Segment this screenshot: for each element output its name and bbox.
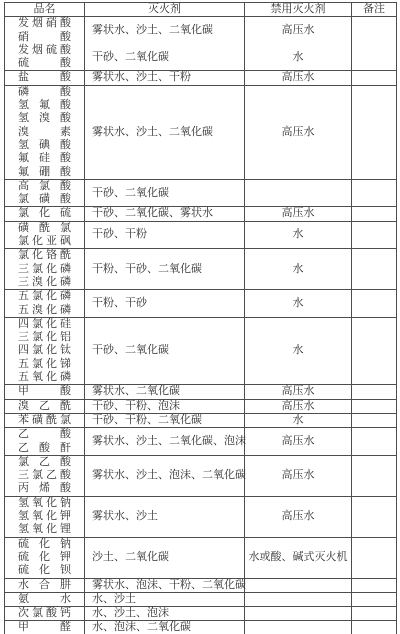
- header-prohibited-extinguisher: 禁用灭火剂: [245, 3, 352, 17]
- extinguisher-cell: 雾状水、沙土、泡沫、二氧化碳: [85, 455, 245, 496]
- product-name-cell: 氯化铬酰三氯化磷三溴化磷: [5, 249, 85, 290]
- prohibited-cell: 高压水: [245, 428, 352, 456]
- product-name: 发烟硫酸: [18, 44, 71, 57]
- product-name: 水合肼: [18, 579, 71, 592]
- product-name: 硫化钠: [18, 538, 71, 551]
- remark-cell: [352, 71, 397, 85]
- table-row: 四氯化硅三氯化铝四氯化钛五氯化锑五氧化磷干砂、二氧化碳水: [5, 317, 397, 385]
- extinguisher-list: 干砂、二氧化碳: [92, 318, 240, 385]
- extinguisher-list: 干砂、二氧化碳: [92, 180, 240, 207]
- prohibited-text: 高压水: [247, 469, 349, 482]
- prohibited-text: 高压水: [247, 71, 349, 84]
- prohibited-cell: [245, 179, 352, 207]
- product-name-cell: 次氯酸钙: [5, 607, 85, 621]
- product-name: 四氯化钛: [18, 344, 71, 357]
- table-row: 氯化铬酰三氯化磷三溴化磷干粉、干砂、二氧化碳水: [5, 249, 397, 290]
- prohibited-cell: 高压水: [245, 399, 352, 413]
- prohibited-cell: 高压水: [245, 207, 352, 221]
- prohibited-text: 水: [247, 51, 349, 64]
- table-row: 氢氧化钠氢氧化钾氢氧化锂雾状水、沙土高压水: [5, 496, 397, 537]
- extinguisher-list: 雾状水、二氧化碳: [92, 385, 240, 398]
- prohibited-cell: 高压水: [245, 85, 352, 179]
- prohibited-list: 水: [247, 222, 349, 249]
- extinguisher-cell: 干砂、干粉、二氧化碳: [85, 413, 245, 427]
- product-name-cell: 苯磺酰氯: [5, 413, 85, 427]
- remark-cell: [352, 17, 397, 71]
- extinguisher-list: 雾状水、沙土、二氧化碳: [92, 86, 240, 179]
- extinguisher-text: 干粉、干砂、二氧化碳: [92, 263, 240, 276]
- extinguisher-text: 雾状水、泡沫、干粉、二氧化碳: [92, 579, 240, 592]
- product-name-cell: 氨水: [5, 592, 85, 606]
- prohibited-cell: 高压水: [245, 496, 352, 537]
- extinguisher-text: 雾状水、沙土: [92, 510, 240, 523]
- extinguisher-list: 雾状水、沙土、二氧化碳、泡沫: [92, 428, 240, 455]
- table-row: 磺酰氯氯化亚砜干砂、干粉水: [5, 221, 397, 249]
- remark-cell: [352, 179, 397, 207]
- prohibited-list: 水: [247, 290, 349, 317]
- remark-cell: [352, 496, 397, 537]
- prohibited-cell: [245, 592, 352, 606]
- prohibited-text: 高压水: [247, 126, 349, 139]
- product-name: 氟硅酸: [18, 152, 71, 165]
- extinguisher-text: 水、沙土、泡沫: [92, 607, 240, 620]
- extinguisher-cell: 雾状水、沙土、二氧化碳干砂、二氧化碳: [85, 17, 245, 71]
- remark-cell: [352, 385, 397, 399]
- extinguisher-text: 干砂、二氧化碳: [92, 187, 240, 200]
- extinguisher-text: 雾状水、沙土、泡沫、二氧化碳: [92, 469, 240, 482]
- extinguisher-cell: 干砂、干粉、泡沫: [85, 399, 245, 413]
- product-name: 氢氧化钠: [18, 497, 71, 510]
- extinguisher-list: 干粉、干砂、二氧化碳: [92, 249, 240, 289]
- product-name-cell: 盐酸: [5, 71, 85, 85]
- extinguisher-cell: 雾状水、沙土: [85, 496, 245, 537]
- product-name: 氯化硫: [18, 207, 71, 220]
- product-name: 发烟硝酸: [18, 17, 71, 30]
- product-name: 盐酸: [18, 71, 71, 84]
- product-name: 氢碘酸: [18, 139, 71, 152]
- extinguisher-text: 干粉、干砂: [92, 297, 240, 310]
- extinguisher-cell: 干砂、二氧化碳、雾状水: [85, 207, 245, 221]
- product-name: 氯化铬酰: [18, 249, 71, 262]
- table-body: 发烟硝酸硝酸发烟硫酸硫酸雾状水、沙土、二氧化碳干砂、二氧化碳高压水水盐酸雾状水、…: [5, 17, 397, 634]
- extinguisher-text: 雾状水、沙土、干粉: [92, 71, 240, 84]
- extinguisher-text: 沙土、二氧化碳: [92, 551, 240, 564]
- product-name: 硫化钡: [18, 564, 71, 577]
- prohibited-text: 高压水: [247, 435, 349, 448]
- prohibited-text: 高压水: [247, 24, 349, 37]
- table-row: 五氯化磷五溴化磷干粉、干砂水: [5, 290, 397, 318]
- extinguisher-list: 干砂、二氧化碳、雾状水: [92, 207, 240, 220]
- product-name-cell: 高氯酸氯磺酸: [5, 179, 85, 207]
- extinguisher-list: 水、沙土: [92, 593, 240, 606]
- product-name: 次氯酸钙: [18, 607, 71, 620]
- extinguisher-text: 雾状水、二氧化碳: [92, 385, 240, 398]
- product-name: 三氯乙酸: [18, 469, 71, 482]
- prohibited-cell: 高压水: [245, 71, 352, 85]
- prohibited-list: 水: [247, 318, 349, 385]
- extinguisher-list: 水、沙土、泡沫: [92, 607, 240, 620]
- product-name: 磺酰氯: [18, 222, 71, 235]
- extinguisher-cell: 干砂、干粉: [85, 221, 245, 249]
- table-row: 甲酸雾状水、二氧化碳高压水: [5, 385, 397, 399]
- prohibited-cell: [245, 578, 352, 592]
- prohibited-cell: 水或酸、碱式灭火机: [245, 537, 352, 578]
- table-row: 发烟硝酸硝酸发烟硫酸硫酸雾状水、沙土、二氧化碳干砂、二氧化碳高压水水: [5, 17, 397, 71]
- fire-extinguisher-table: 品名 灭火剂 禁用灭火剂 备注 发烟硝酸硝酸发烟硫酸硫酸雾状水、沙土、二氧化碳干…: [4, 2, 397, 634]
- extinguisher-list: 干砂、干粉: [92, 222, 240, 249]
- product-name: 五氯化锑: [18, 358, 71, 371]
- table-row: 次氯酸钙水、沙土、泡沫: [5, 607, 397, 621]
- extinguisher-cell: 雾状水、二氧化碳: [85, 385, 245, 399]
- header-remark: 备注: [352, 3, 397, 17]
- prohibited-list: 高压水: [247, 497, 349, 537]
- product-name-cell: 氯化硫: [5, 207, 85, 221]
- prohibited-cell: [245, 607, 352, 621]
- remark-cell: [352, 621, 397, 634]
- product-name: 三氯化铝: [18, 331, 71, 344]
- remark-cell: [352, 249, 397, 290]
- remark-cell: [352, 221, 397, 249]
- product-name: 五氯化磷: [18, 290, 71, 303]
- product-name: 氢氧化锂: [18, 523, 71, 536]
- header-product-name: 品名: [5, 3, 85, 17]
- product-name: 三溴化磷: [18, 276, 71, 289]
- product-name: 氨水: [18, 593, 71, 606]
- table-header: 品名 灭火剂 禁用灭火剂 备注: [5, 3, 397, 17]
- table-row: 乙酸乙酸酐雾状水、沙土、二氧化碳、泡沫高压水: [5, 428, 397, 456]
- prohibited-list: 高压水: [247, 207, 349, 220]
- product-name: 丙烯酸: [18, 482, 71, 495]
- extinguisher-text: 干砂、干粉、二氧化碳: [92, 414, 240, 427]
- extinguisher-cell: 干粉、干砂: [85, 290, 245, 318]
- table-row: 苯磺酰氯干砂、干粉、二氧化碳水: [5, 413, 397, 427]
- prohibited-list: 水: [247, 249, 349, 289]
- prohibited-cell: 水: [245, 221, 352, 249]
- product-name: 氢溴酸: [18, 112, 71, 125]
- remark-cell: [352, 537, 397, 578]
- table-row: 磷酸氢氟酸氢溴酸溴素氢碘酸氟硅酸氟硼酸雾状水、沙土、二氧化碳高压水: [5, 85, 397, 179]
- product-name-cell: 水合肼: [5, 578, 85, 592]
- product-name-cell: 甲醛: [5, 621, 85, 634]
- product-name: 硝酸: [18, 31, 71, 44]
- product-name: 乙酸酐: [18, 442, 71, 455]
- remark-cell: [352, 317, 397, 385]
- extinguisher-cell: 干粉、干砂、二氧化碳: [85, 249, 245, 290]
- extinguisher-cell: 沙土、二氧化碳: [85, 537, 245, 578]
- table-row: 甲醛水、泡沫、二氧化碳: [5, 621, 397, 634]
- prohibited-cell: 水: [245, 317, 352, 385]
- extinguisher-text: 水、泡沫、二氧化碳: [92, 621, 240, 634]
- product-name-cell: 五氯化磷五溴化磷: [5, 290, 85, 318]
- prohibited-list: 高压水: [247, 86, 349, 179]
- prohibited-cell: 水: [245, 290, 352, 318]
- product-name: 溴乙酰: [18, 400, 71, 413]
- product-name: 硫酸: [18, 57, 71, 70]
- product-name: 三氯化磷: [18, 263, 71, 276]
- product-name-cell: 磷酸氢氟酸氢溴酸溴素氢碘酸氟硅酸氟硼酸: [5, 85, 85, 179]
- table-row: 水合肼雾状水、泡沫、干粉、二氧化碳: [5, 578, 397, 592]
- product-name: 五氧化磷: [18, 371, 71, 384]
- prohibited-text: 水: [247, 414, 349, 427]
- remark-cell: [352, 290, 397, 318]
- product-name-cell: 硫化钠硫化钾硫化钡: [5, 537, 85, 578]
- header-row: 品名 灭火剂 禁用灭火剂 备注: [5, 3, 397, 17]
- remark-cell: [352, 455, 397, 496]
- extinguisher-list: 雾状水、沙土、二氧化碳干砂、二氧化碳: [92, 17, 240, 70]
- extinguisher-cell: 雾状水、沙土、干粉: [85, 71, 245, 85]
- product-name-cell: 甲酸: [5, 385, 85, 399]
- product-name-cell: 乙酸乙酸酐: [5, 428, 85, 456]
- product-name: 氯化亚砜: [18, 235, 71, 248]
- table-row: 硫化钠硫化钾硫化钡沙土、二氧化碳水或酸、碱式灭火机: [5, 537, 397, 578]
- prohibited-cell: 水: [245, 249, 352, 290]
- remark-cell: [352, 578, 397, 592]
- prohibited-text: 高压水: [247, 510, 349, 523]
- product-name: 磷酸: [18, 86, 71, 99]
- product-name: 甲醛: [18, 621, 71, 634]
- remark-cell: [352, 399, 397, 413]
- remark-cell: [352, 592, 397, 606]
- extinguisher-text: 干砂、干粉: [92, 228, 240, 241]
- extinguisher-text: 干砂、二氧化碳、雾状水: [92, 207, 240, 220]
- extinguisher-text: 干砂、干粉、泡沫: [92, 400, 240, 413]
- prohibited-text: 水: [247, 344, 349, 357]
- remark-cell: [352, 607, 397, 621]
- extinguisher-list: 雾状水、泡沫、干粉、二氧化碳: [92, 579, 240, 592]
- extinguisher-list: 干粉、干砂: [92, 290, 240, 317]
- extinguisher-list: 干砂、干粉、二氧化碳: [92, 414, 240, 427]
- prohibited-list: [247, 607, 349, 620]
- extinguisher-text: 雾状水、沙土、二氧化碳、泡沫: [92, 435, 240, 448]
- product-name: 五溴化磷: [18, 304, 71, 317]
- extinguisher-cell: 水、沙土、泡沫: [85, 607, 245, 621]
- prohibited-cell: [245, 621, 352, 634]
- product-name: 硫化钾: [18, 551, 71, 564]
- extinguisher-cell: 水、沙土: [85, 592, 245, 606]
- product-name-cell: 氢氧化钠氢氧化钾氢氧化锂: [5, 496, 85, 537]
- prohibited-list: 水或酸、碱式灭火机: [247, 538, 349, 578]
- table-row: 高氯酸氯磺酸干砂、二氧化碳: [5, 179, 397, 207]
- header-extinguisher: 灭火剂: [85, 3, 245, 17]
- product-name: 高氯酸: [18, 180, 71, 193]
- prohibited-text: 高压水: [247, 385, 349, 398]
- product-name-cell: 四氯化硅三氯化铝四氯化钛五氯化锑五氧化磷: [5, 317, 85, 385]
- extinguisher-text: 雾状水、沙土、二氧化碳: [92, 24, 240, 37]
- prohibited-cell: 高压水: [245, 385, 352, 399]
- product-name-cell: 发烟硝酸硝酸发烟硫酸硫酸: [5, 17, 85, 71]
- extinguisher-cell: 干砂、二氧化碳: [85, 179, 245, 207]
- product-name: 溴素: [18, 126, 71, 139]
- product-name: 氟硼酸: [18, 166, 71, 179]
- product-name: 乙酸: [18, 428, 71, 441]
- prohibited-text: 高压水: [247, 207, 349, 220]
- prohibited-list: 高压水: [247, 385, 349, 398]
- extinguisher-cell: 雾状水、沙土、二氧化碳、泡沫: [85, 428, 245, 456]
- table-row: 氯化硫干砂、二氧化碳、雾状水高压水: [5, 207, 397, 221]
- extinguisher-cell: 水、泡沫、二氧化碳: [85, 621, 245, 634]
- remark-cell: [352, 413, 397, 427]
- extinguisher-cell: 雾状水、泡沫、干粉、二氧化碳: [85, 578, 245, 592]
- prohibited-list: 高压水: [247, 400, 349, 413]
- product-name-cell: 溴乙酰: [5, 399, 85, 413]
- extinguisher-list: 沙土、二氧化碳: [92, 538, 240, 578]
- prohibited-list: 水: [247, 414, 349, 427]
- extinguisher-list: 雾状水、沙土: [92, 497, 240, 537]
- prohibited-text: 水: [247, 263, 349, 276]
- extinguisher-cell: 雾状水、沙土、二氧化碳: [85, 85, 245, 179]
- remark-cell: [352, 428, 397, 456]
- product-name: 四氯化硅: [18, 318, 71, 331]
- product-name: 氯磺酸: [18, 193, 71, 206]
- prohibited-list: 高压水: [247, 71, 349, 84]
- product-name-cell: 氯乙酸三氯乙酸丙烯酸: [5, 455, 85, 496]
- prohibited-list: 高压水: [247, 428, 349, 455]
- remark-cell: [352, 207, 397, 221]
- prohibited-list: [247, 593, 349, 606]
- prohibited-text: 水: [247, 228, 349, 241]
- prohibited-text: 水或酸、碱式灭火机: [247, 551, 349, 564]
- prohibited-text: 水: [247, 297, 349, 310]
- extinguisher-text: 水、沙土: [92, 593, 240, 606]
- extinguisher-text: 干砂、二氧化碳: [92, 344, 240, 357]
- table-row: 盐酸雾状水、沙土、干粉高压水: [5, 71, 397, 85]
- extinguisher-text: 干砂、二氧化碳: [92, 51, 240, 64]
- table-row: 氨水水、沙土: [5, 592, 397, 606]
- extinguisher-list: 雾状水、沙土、泡沫、二氧化碳: [92, 456, 240, 496]
- extinguisher-cell: 干砂、二氧化碳: [85, 317, 245, 385]
- extinguisher-list: 雾状水、沙土、干粉: [92, 71, 240, 84]
- product-name: 氯乙酸: [18, 456, 71, 469]
- prohibited-text: 高压水: [247, 400, 349, 413]
- product-name: 氢氧化钾: [18, 510, 71, 523]
- prohibited-cell: 高压水水: [245, 17, 352, 71]
- prohibited-list: [247, 180, 349, 207]
- product-name: 甲酸: [18, 385, 71, 398]
- prohibited-list: [247, 579, 349, 592]
- extinguisher-list: 干砂、干粉、泡沫: [92, 400, 240, 413]
- product-name: 苯磺酰氯: [18, 414, 71, 427]
- prohibited-list: 高压水水: [247, 17, 349, 70]
- extinguisher-list: 水、泡沫、二氧化碳: [92, 621, 240, 634]
- extinguisher-text: 雾状水、沙土、二氧化碳: [92, 126, 240, 139]
- prohibited-cell: 高压水: [245, 455, 352, 496]
- prohibited-cell: 水: [245, 413, 352, 427]
- product-name: 氢氟酸: [18, 99, 71, 112]
- product-name-cell: 磺酰氯氯化亚砜: [5, 221, 85, 249]
- table-row: 氯乙酸三氯乙酸丙烯酸雾状水、沙土、泡沫、二氧化碳高压水: [5, 455, 397, 496]
- table-row: 溴乙酰干砂、干粉、泡沫高压水: [5, 399, 397, 413]
- prohibited-list: 高压水: [247, 456, 349, 496]
- scanned-document-page: 品名 灭火剂 禁用灭火剂 备注 发烟硝酸硝酸发烟硫酸硫酸雾状水、沙土、二氧化碳干…: [0, 0, 400, 634]
- prohibited-list: [247, 621, 349, 634]
- remark-cell: [352, 85, 397, 179]
